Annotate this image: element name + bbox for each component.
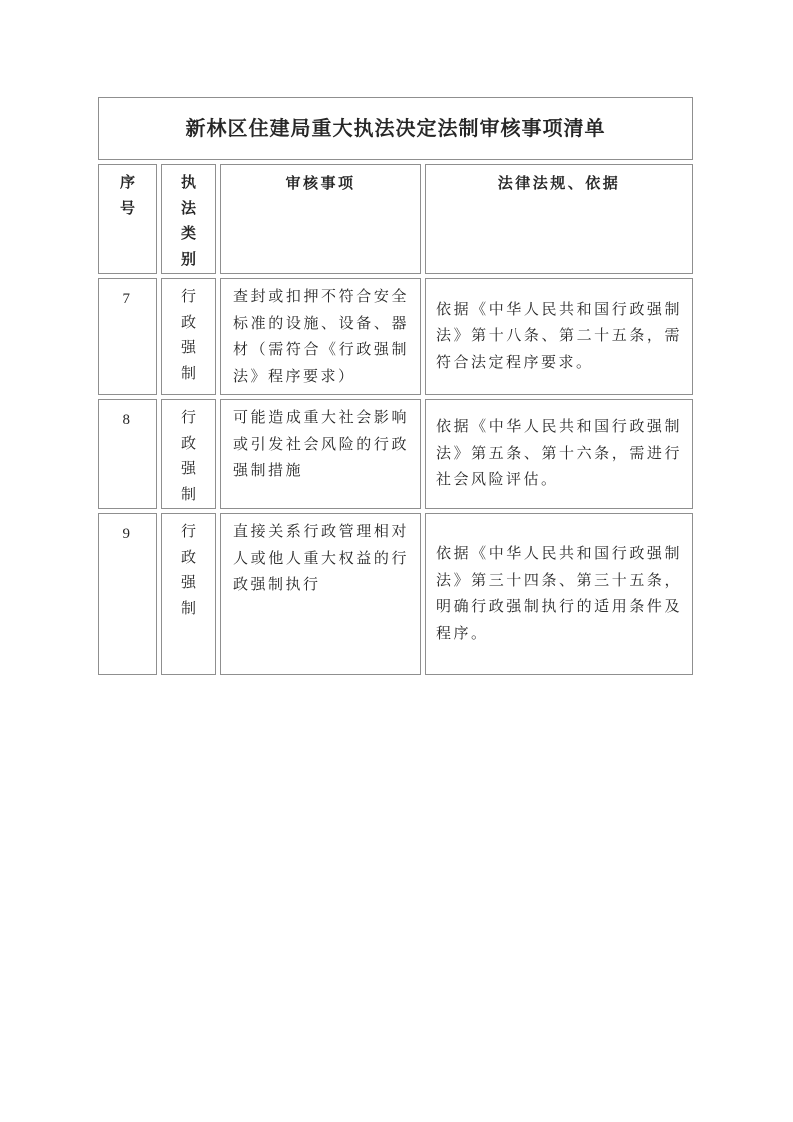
- table-row: 7 行政强制 查封或扣押不符合安全标准的设施、设备、器材（需符合《行政强制法》程…: [98, 278, 693, 395]
- table-row: 9 行政强制 直接关系行政管理相对人或他人重大权益的行政强制执行 依据《中华人民…: [98, 513, 693, 675]
- cell-legal-basis: 依据《中华人民共和国行政强制法》第三十四条、第三十五条，明确行政强制执行的适用条…: [425, 513, 693, 675]
- cell-serial-number: 7: [98, 278, 157, 395]
- cell-review-item: 查封或扣押不符合安全标准的设施、设备、器材（需符合《行政强制法》程序要求）: [220, 278, 421, 395]
- cell-enforcement-category: 行政强制: [161, 399, 216, 509]
- enforcement-category-text: 行政强制: [181, 520, 196, 622]
- cell-legal-basis: 依据《中华人民共和国行政强制法》第十八条、第二十五条，需符合法定程序要求。: [425, 278, 693, 395]
- column-header-serial-number-label: 序号: [120, 171, 135, 222]
- column-header-enforcement-category: 执法类别: [161, 164, 216, 274]
- review-items-table: 新林区住建局重大执法决定法制审核事项清单 序号 执法类别 审核事项 法律法规、依…: [94, 93, 697, 679]
- column-header-enforcement-category-label: 执法类别: [181, 171, 196, 273]
- enforcement-category-text: 行政强制: [181, 285, 196, 387]
- document-page: 新林区住建局重大执法决定法制审核事项清单 序号 执法类别 审核事项 法律法规、依…: [0, 0, 793, 1122]
- enforcement-category-text: 行政强制: [181, 406, 196, 508]
- cell-legal-basis: 依据《中华人民共和国行政强制法》第五条、第十六条，需进行社会风险评估。: [425, 399, 693, 509]
- column-header-legal-basis-label: 法律法规、依据: [498, 176, 621, 192]
- header-row: 序号 执法类别 审核事项 法律法规、依据: [98, 164, 693, 274]
- column-header-review-item: 审核事项: [220, 164, 421, 274]
- column-header-legal-basis: 法律法规、依据: [425, 164, 693, 274]
- column-header-review-item-label: 审核事项: [285, 176, 355, 192]
- cell-review-item: 直接关系行政管理相对人或他人重大权益的行政强制执行: [220, 513, 421, 675]
- cell-serial-number: 9: [98, 513, 157, 675]
- table-title: 新林区住建局重大执法决定法制审核事项清单: [98, 97, 693, 160]
- column-header-serial-number: 序号: [98, 164, 157, 274]
- cell-review-item: 可能造成重大社会影响或引发社会风险的行政强制措施: [220, 399, 421, 509]
- cell-enforcement-category: 行政强制: [161, 513, 216, 675]
- cell-enforcement-category: 行政强制: [161, 278, 216, 395]
- cell-serial-number: 8: [98, 399, 157, 509]
- title-row: 新林区住建局重大执法决定法制审核事项清单: [98, 97, 693, 160]
- table-row: 8 行政强制 可能造成重大社会影响或引发社会风险的行政强制措施 依据《中华人民共…: [98, 399, 693, 509]
